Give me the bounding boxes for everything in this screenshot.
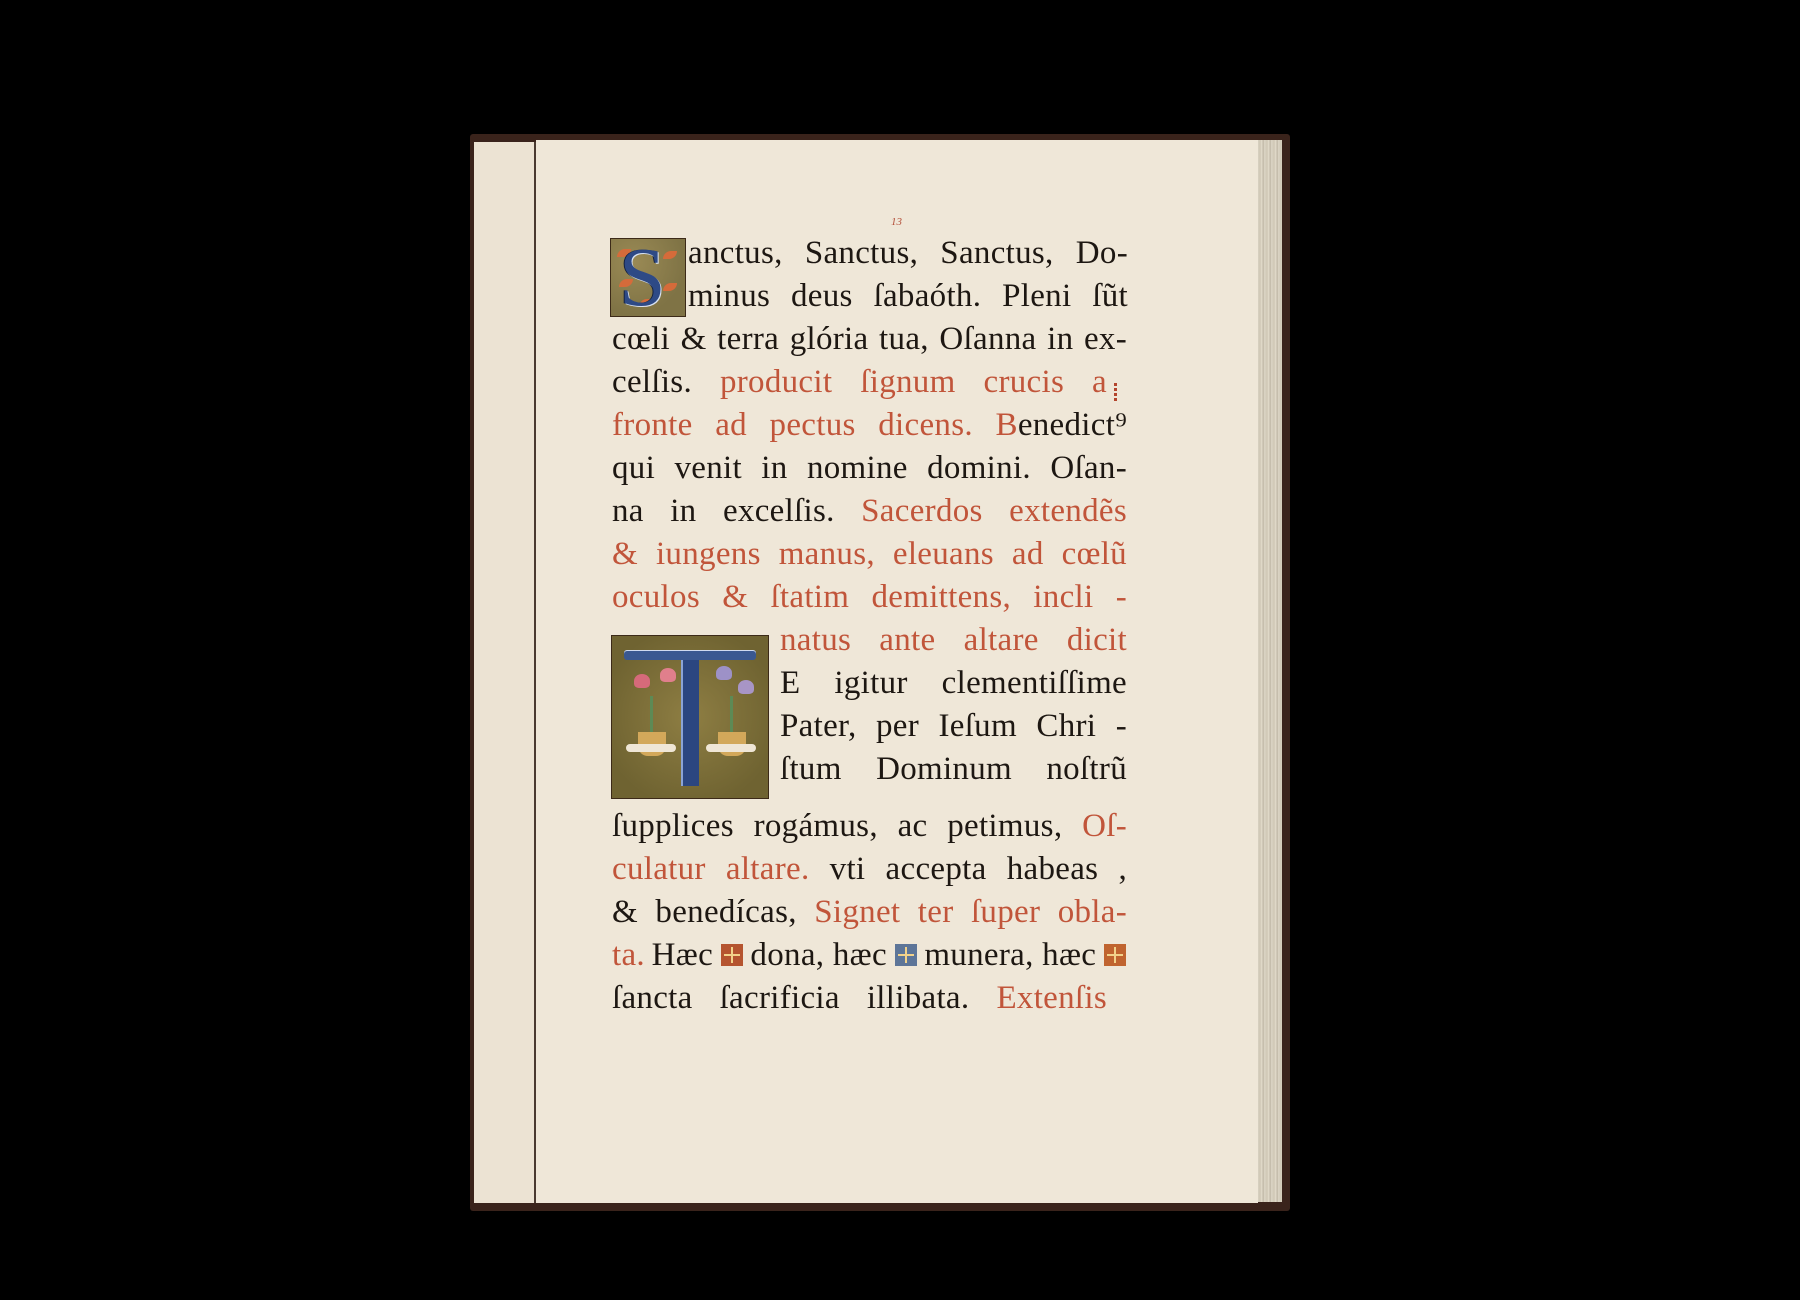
red-cross-sign-icon [1104, 944, 1126, 966]
line-text: Pater, per Ieſum Chri - [780, 708, 1127, 744]
text-line-18: ſancta ſacrificia illibata. Extenſis [612, 978, 1107, 1018]
text-line-9: oculos & ſtatim demittens, incli - [612, 577, 1127, 617]
line-text: ſancta ſacrificia illibata. [612, 980, 996, 1016]
line-text: cœli & terra glória tua, Oſanna in ex- [612, 321, 1127, 357]
line-text: dona, hæc [750, 935, 887, 975]
rubric-text: Extenſis [996, 980, 1107, 1016]
line-text: anctus, Sanctus, Sanctus, Do- [688, 235, 1128, 271]
text-line-14: ſupplices rogámus, ac petimus, Oſ- [612, 806, 1127, 846]
text-line-15: culatur altare. vti accepta habeas , [612, 849, 1127, 889]
text-line-11: E igitur clementiſſime [780, 663, 1127, 703]
violet-flower-icon [738, 680, 754, 694]
rubric-text: & iungens manus, eleuans ad cœlũ [612, 536, 1127, 572]
text-line-16: & benedícas, Signet ter ſuper obla- [612, 892, 1127, 932]
text-line-2: minus deus ſabaóth. Pleni ſũt [688, 276, 1128, 316]
line-text: Hæc [652, 935, 713, 975]
blue-cross-sign-icon [895, 944, 917, 966]
line-text: munera, hæc [924, 935, 1096, 975]
rubric-text: Oſ- [1082, 808, 1127, 844]
text-line-6: qui venit in nomine domini. Oſan- [612, 448, 1127, 488]
red-cross-sign-icon [721, 944, 743, 966]
rubric-text: oculos & ſtatim demittens, incli - [612, 579, 1127, 615]
line-text: enedict⁹ [1018, 407, 1127, 443]
text-line-8: & iungens manus, eleuans ad cœlũ [612, 534, 1127, 574]
text-line-12: Pater, per Ieſum Chri - [780, 706, 1127, 746]
illuminated-initial-t [611, 635, 769, 799]
pink-flower-icon [634, 674, 650, 688]
line-text: vti accepta habeas , [830, 851, 1127, 887]
rubric-text: ta. [612, 935, 645, 975]
page-stack-edge [1258, 140, 1282, 1202]
line-text: & benedícas, [612, 894, 814, 930]
rubric-text: natus ante altare dicit [780, 622, 1127, 658]
line-text: celſis. [612, 364, 720, 400]
text-line-13: ſtum Dominum noſtrũ [780, 749, 1127, 789]
left-page-edge [474, 142, 536, 1203]
text-line-5: fronte ad pectus dicens. Benedict⁹ [612, 405, 1127, 445]
text-line-3: cœli & terra glória tua, Oſanna in ex- [612, 319, 1127, 359]
page-number: 13 [891, 216, 902, 228]
line-text: qui venit in nomine domini. Oſan- [612, 450, 1127, 486]
rubric-text: producit ſignum crucis a [720, 364, 1107, 400]
line-text: minus deus ſabaóth. Pleni ſũt [688, 278, 1128, 314]
pink-flower-icon [660, 668, 676, 682]
text-line-4: celſis. producit ſignum crucis a [612, 362, 1107, 402]
violet-flower-icon [716, 666, 732, 680]
initial-letter: S [619, 238, 666, 317]
line-text: E igitur clementiſſime [780, 665, 1127, 701]
initial-letter-crossbar [624, 650, 756, 660]
text-line-10: natus ante altare dicit [780, 620, 1127, 660]
text-line-17: ta. Hæc dona, hæc munera, hæc [612, 935, 1127, 975]
line-text: ſtum Dominum noſtrũ [780, 751, 1127, 787]
ribbon-ornament-icon [706, 744, 756, 752]
initial-letter-stem [681, 650, 699, 786]
text-line-7: na in excelſis. Sacerdos extendẽs [612, 491, 1127, 531]
rubric-text: Sacerdos extendẽs [861, 493, 1127, 529]
rubric-text: fronte ad pectus dicens. B [612, 407, 1018, 443]
rubric-text: Signet ter ſuper obla- [814, 894, 1127, 930]
rubric-text: culatur altare. [612, 851, 830, 887]
ribbon-ornament-icon [626, 744, 676, 752]
text-line-1: anctus, Sanctus, Sanctus, Do- [688, 233, 1128, 273]
line-text: na in excelſis. [612, 493, 861, 529]
rubric-cross-mark-icon [1114, 383, 1117, 403]
line-text: ſupplices rogámus, ac petimus, [612, 808, 1082, 844]
illuminated-initial-s: S [610, 238, 686, 317]
